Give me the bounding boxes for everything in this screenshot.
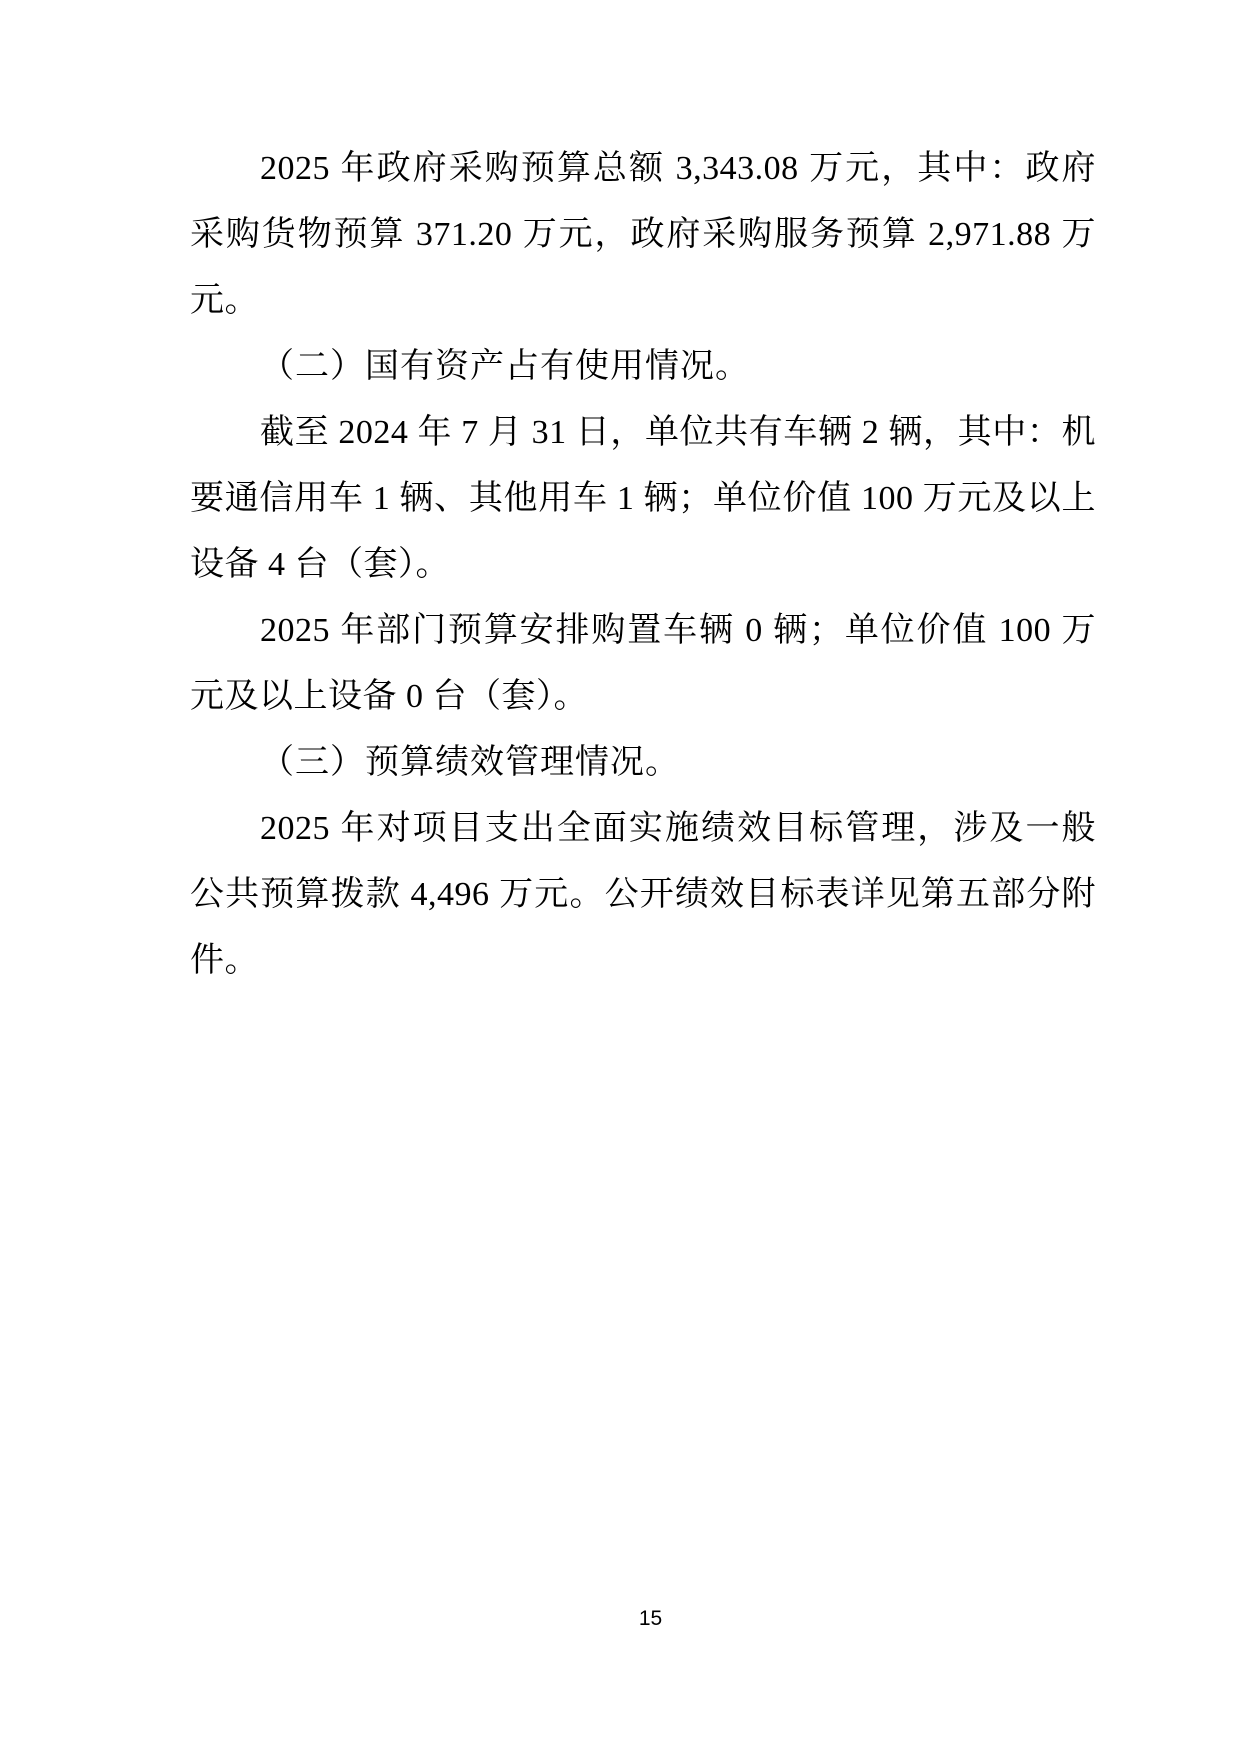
- paragraph-performance-targets: 2025 年对项目支出全面实施绩效目标管理，涉及一般公共预算拨款 4,496 万…: [190, 796, 1096, 994]
- paragraph-vehicles-and-equipment: 截至 2024 年 7 月 31 日，单位共有车辆 2 辆，其中：机要通信用车 …: [190, 400, 1096, 598]
- paragraph-2025-purchase-plan: 2025 年部门预算安排购置车辆 0 辆；单位价值 100 万元及以上设备 0 …: [190, 598, 1096, 730]
- document-body: 2025 年政府采购预算总额 3,343.08 万元，其中：政府采购货物预算 3…: [190, 136, 1096, 994]
- heading-state-owned-assets: （二）国有资产占有使用情况。: [190, 334, 1096, 400]
- page-number: 15: [0, 1606, 1241, 1631]
- paragraph-government-procurement-budget: 2025 年政府采购预算总额 3,343.08 万元，其中：政府采购货物预算 3…: [190, 136, 1096, 334]
- heading-budget-performance-management: （三）预算绩效管理情况。: [190, 730, 1096, 796]
- document-page: 2025 年政府采购预算总额 3,343.08 万元，其中：政府采购货物预算 3…: [0, 0, 1241, 1755]
